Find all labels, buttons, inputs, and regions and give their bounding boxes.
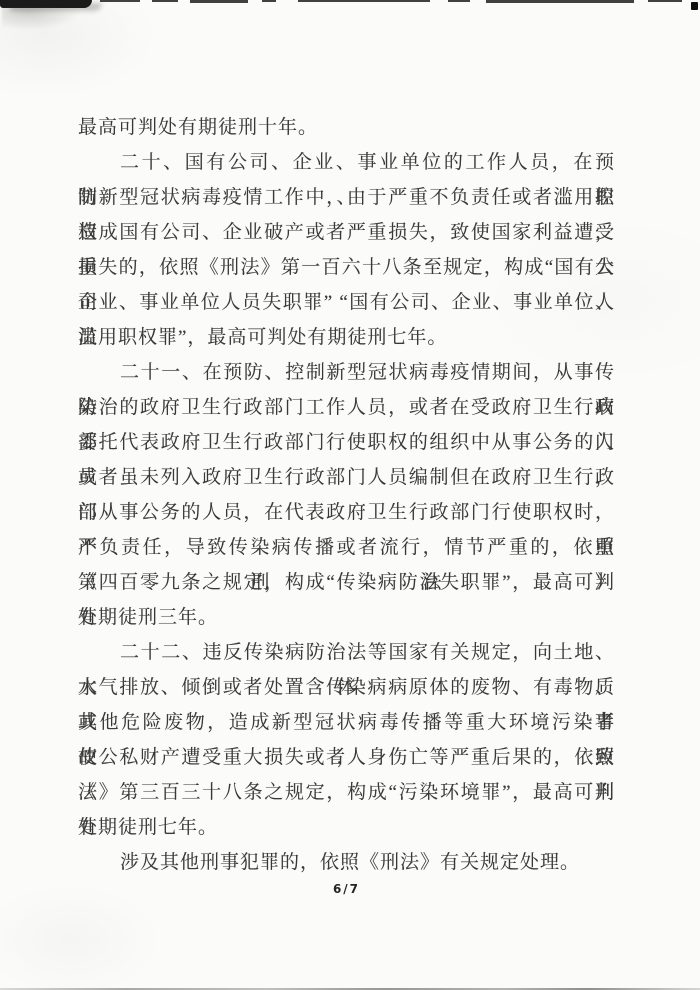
text-line: 二十一、在预防、控制新型冠状病毒疫情期间，从事传染病 xyxy=(78,355,615,390)
text-line: 不负责任，导致传染病传播或者流行，情节严重的，依照《刑法》 xyxy=(78,530,615,565)
text-line: 企业、事业单位人员失职罪” “国有公司、企业、事业单位人员 xyxy=(78,285,615,320)
text-line: 或者虽未列入政府卫生行政部门人员编制但在政府卫生行政部 xyxy=(78,460,615,495)
scan-artifact-top-right-speck xyxy=(691,2,698,10)
text-line: 涉及其他刑事犯罪的，依照《刑法》有关规定处理。 xyxy=(78,845,615,880)
text-line: 最高可判处有期徒刑十年。 xyxy=(78,110,615,145)
document-text-block: 最高可判处有期徒刑十年。 二十、国有公司、企业、事业单位的工作人员，在预防、控 … xyxy=(78,110,615,880)
scan-artifact-top-left-mottle xyxy=(2,7,88,33)
text-line: 滥用职权罪”，最高可判处有期徒刑七年。 xyxy=(78,320,615,355)
text-line: 有期徒刑七年。 xyxy=(78,810,615,845)
scan-artifact-top-dash xyxy=(448,0,470,2)
text-line: 其他危险废物，造成新型冠状病毒传播等重大环境污染事故，致 xyxy=(78,705,615,740)
scan-artifact-top-dash xyxy=(486,0,634,3)
text-line: 法》第三百三十八条之规定，构成“污染环境罪”，最高可判处 xyxy=(78,775,615,810)
text-line: 有期徒刑三年。 xyxy=(78,600,615,635)
text-line: 门从事公务的人员，在代表政府卫生行政部门行使职权时，严重 xyxy=(78,495,615,530)
scan-artifact-top-dash xyxy=(152,0,178,2)
text-line: 二十二、违反传染病防治法等国家有关规定，向土地、水体、 xyxy=(78,635,615,670)
scan-artifact-top-dash xyxy=(190,0,248,3)
scan-artifact-top-dash xyxy=(262,0,276,2)
text-line: 二十、国有公司、企业、事业单位的工作人员，在预防、控 xyxy=(78,145,615,180)
scan-artifact-top-dash xyxy=(298,0,430,2)
scan-artifact-top-dash xyxy=(100,0,140,2)
text-line: 损失的，依照《刑法》第一百六十八条至规定，构成“国有公司、 xyxy=(78,250,615,285)
scan-artifact-top-dash xyxy=(648,0,682,2)
text-line: 委托代表政府卫生行政部门行使职权的组织中从事公务的人员， xyxy=(78,425,615,460)
text-line: 大气排放、倾倒或者处置含传染病病原体的废物、有毒物质或者 xyxy=(78,670,615,705)
text-line: 制新型冠状病毒疫情工作中，由于严重不负责任或者滥用职权， xyxy=(78,180,615,215)
page-number: 6/7 xyxy=(78,882,615,896)
text-line: 造成国有公司、企业破产或者严重损失，致使国家利益遭受重大 xyxy=(78,215,615,250)
text-line: 第四百零九条之规定，构成“传染病防治失职罪”，最高可判处 xyxy=(78,565,615,600)
scanned-page: 最高可判处有期徒刑十年。 二十、国有公司、企业、事业单位的工作人员，在预防、控 … xyxy=(0,0,700,990)
text-line: 使公私财产遭受重大损失或者人身伤亡等严重后果的，依照《刑 xyxy=(78,740,615,775)
text-line: 防治的政府卫生行政部门工作人员，或者在受政府卫生行政部门 xyxy=(78,390,615,425)
